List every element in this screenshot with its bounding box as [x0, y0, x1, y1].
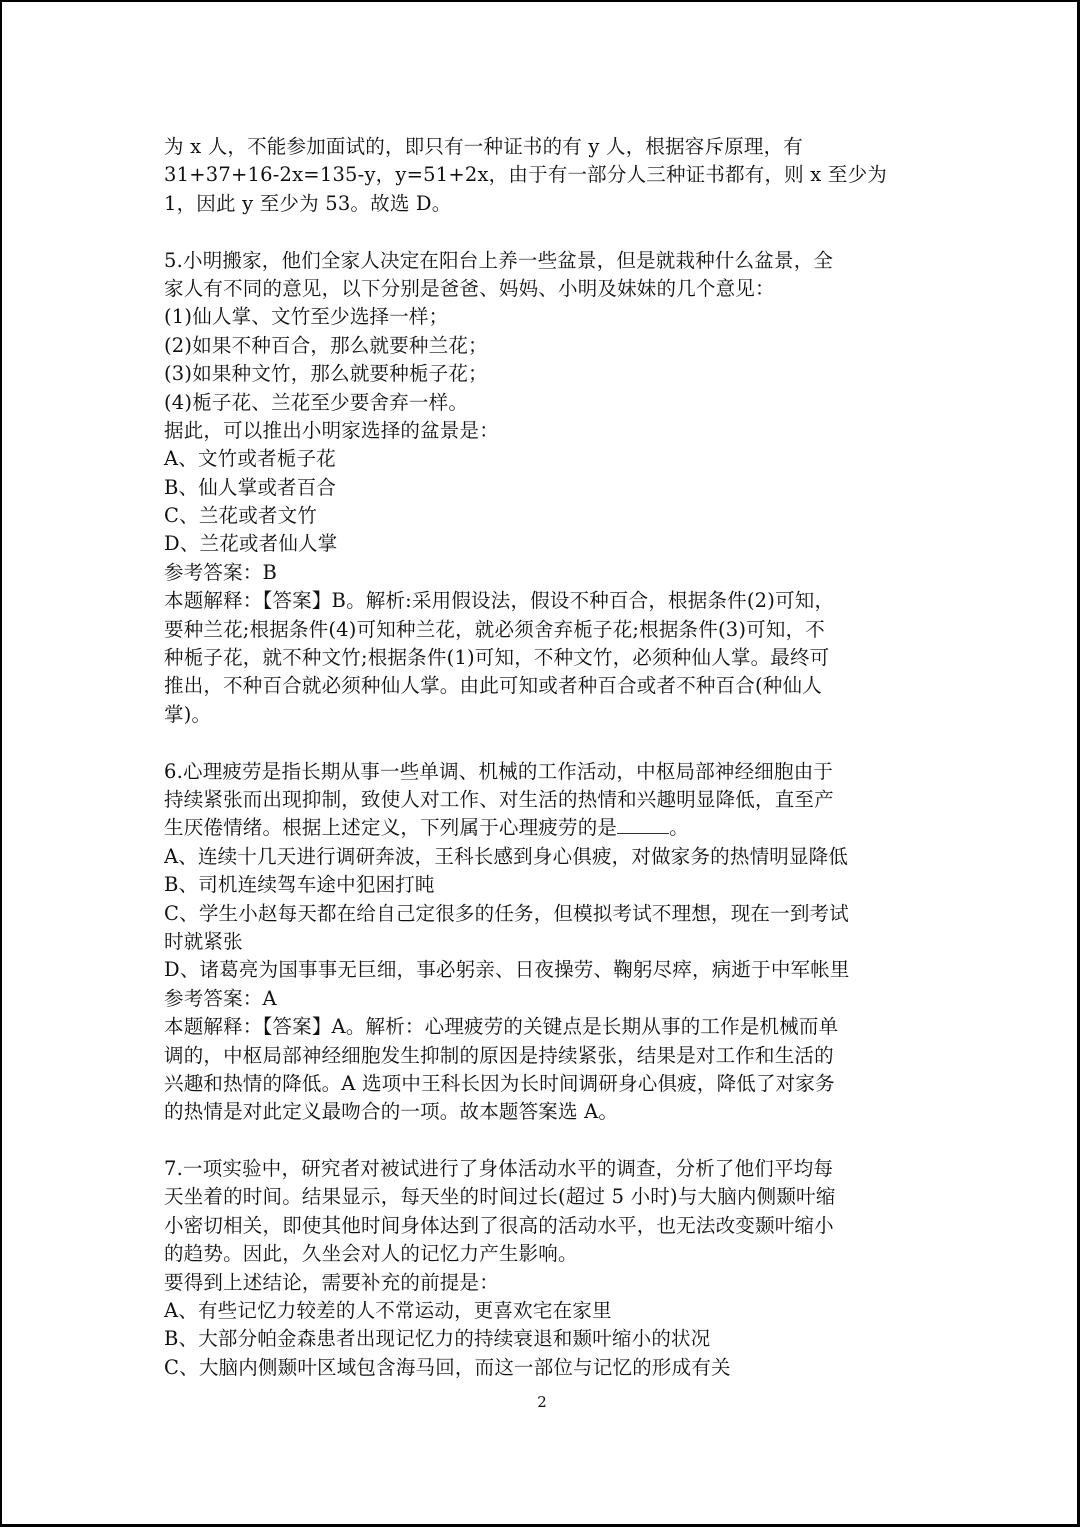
option-c: C、兰花或者文竹	[164, 502, 924, 530]
question-6: 6.心理疲劳是指长期从事一些单调、机械的工作活动，中枢局部神经细胞由于 持续紧张…	[164, 758, 924, 1127]
reference-answer: 参考答案：A	[164, 985, 924, 1013]
condition-line: (2)如果不种百合，那么就要种兰花；	[164, 332, 924, 360]
condition-line: (3)如果种文竹，那么就要种栀子花；	[164, 360, 924, 388]
question-stem-line: 的趋势。因此，久坐会对人的记忆力产生影响。	[164, 1240, 924, 1268]
option-d: D、诸葛亮为国事事无巨细，事必躬亲、日夜操劳、鞠躬尽瘁，病逝于中军帐里	[164, 956, 924, 984]
question-stem-line: 5.小明搬家，他们全家人决定在阳台上养一些盆景，但是就栽种什么盆景，全	[164, 247, 924, 275]
reference-answer: 参考答案：B	[164, 559, 924, 587]
option-a: A、有些记忆力较差的人不常运动，更喜欢宅在家里	[164, 1297, 924, 1325]
spacer	[164, 218, 924, 246]
page-number: 2	[2, 1393, 1080, 1411]
question-stem-line: 天坐着的时间。结果显示，每天坐的时间过长(超过 5 小时)与大脑内侧颞叶缩	[164, 1183, 924, 1211]
option-c: C、学生小赵每天都在给自己定很多的任务，但模拟考试不理想，现在一到考试	[164, 900, 924, 928]
condition-line: (4)栀子花、兰花至少要舍弃一样。	[164, 389, 924, 417]
stem-text: 生厌倦情绪。根据上述定义，下列属于心理疲劳的是	[164, 816, 617, 839]
explanation-line: 推出，不种百合就必须种仙人掌。由此可知或者种百合或者不种百合(种仙人	[164, 672, 924, 700]
document-page: 为 x 人，不能参加面试的，即只有一种证书的有 y 人，根据容斥原理，有 31+…	[0, 0, 1080, 1527]
explanation-line: 种栀子花，就不种文竹;根据条件(1)可知，不种文竹，必须种仙人掌。最终可	[164, 644, 924, 672]
spacer	[164, 729, 924, 757]
explanation-line: 要种兰花;根据条件(4)可知种兰花，就必须舍弃栀子花;根据条件(3)可知，不	[164, 616, 924, 644]
option-b: B、仙人掌或者百合	[164, 474, 924, 502]
spacer	[164, 1127, 924, 1155]
option-c-continued: 时就紧张	[164, 928, 924, 956]
option-b: B、大部分帕金森患者出现记忆力的持续衰退和颞叶缩小的状况	[164, 1325, 924, 1353]
question-stem-line: 生厌倦情绪。根据上述定义，下列属于心理疲劳的是。	[164, 814, 924, 842]
explanation-line: 掌)。	[164, 701, 924, 729]
text-line: 1，因此 y 至少为 53。故选 D。	[164, 190, 924, 218]
option-c: C、大脑内侧颞叶区域包含海马回，而这一部位与记忆的形成有关	[164, 1354, 924, 1382]
question-stem-line: 小密切相关，即使其他时间身体达到了很高的活动水平，也无法改变颞叶缩小	[164, 1212, 924, 1240]
explanation-line: 的热情是对此定义最吻合的一项。故本题答案选 A。	[164, 1098, 924, 1126]
question-stem-line: 持续紧张而出现抑制，致使人对工作、对生活的热情和兴趣明显降低，直至产	[164, 786, 924, 814]
question-stem-line: 7.一项实验中，研究者对被试进行了身体活动水平的调查，分析了他们平均每	[164, 1155, 924, 1183]
question-5: 5.小明搬家，他们全家人决定在阳台上养一些盆景，但是就栽种什么盆景，全 家人有不…	[164, 247, 924, 730]
explanation-line: 调的，中枢局部神经细胞发生抑制的原因是持续紧张，结果是对工作和生活的	[164, 1042, 924, 1070]
option-a: A、文竹或者栀子花	[164, 445, 924, 473]
text-line: 为 x 人，不能参加面试的，即只有一种证书的有 y 人，根据容斥原理，有	[164, 133, 924, 161]
question-prompt-line: 据此，可以推出小明家选择的盆景是：	[164, 417, 924, 445]
text-line: 31+37+16-2x=135-y，y=51+2x，由于有一部分人三种证书都有，…	[164, 161, 924, 189]
fill-in-blank	[617, 815, 669, 834]
explanation-line: 本题解释：【答案】B。解析:采用假设法，假设不种百合，根据条件(2)可知，	[164, 587, 924, 615]
stem-end: 。	[669, 816, 689, 839]
question-stem-line: 家人有不同的意见，以下分别是爸爸、妈妈、小明及妹妹的几个意见：	[164, 275, 924, 303]
explanation-line: 兴趣和热情的降低。A 选项中王科长因为长时间调研身心俱疲，降低了对家务	[164, 1070, 924, 1098]
explanation-line: 本题解释：【答案】A。解析：心理疲劳的关键点是长期从事的工作是机械而单	[164, 1013, 924, 1041]
question-7: 7.一项实验中，研究者对被试进行了身体活动水平的调查，分析了他们平均每 天坐着的…	[164, 1155, 924, 1382]
question-4-explanation-tail: 为 x 人，不能参加面试的，即只有一种证书的有 y 人，根据容斥原理，有 31+…	[164, 133, 924, 218]
option-d: D、兰花或者仙人掌	[164, 530, 924, 558]
question-prompt-line: 要得到上述结论，需要补充的前提是：	[164, 1269, 924, 1297]
page-content: 为 x 人，不能参加面试的，即只有一种证书的有 y 人，根据容斥原理，有 31+…	[164, 133, 924, 1382]
question-stem-line: 6.心理疲劳是指长期从事一些单调、机械的工作活动，中枢局部神经细胞由于	[164, 758, 924, 786]
option-a: A、连续十几天进行调研奔波，王科长感到身心俱疲，对做家务的热情明显降低	[164, 843, 924, 871]
condition-line: (1)仙人掌、文竹至少选择一样；	[164, 303, 924, 331]
option-b: B、司机连续驾车途中犯困打盹	[164, 871, 924, 899]
